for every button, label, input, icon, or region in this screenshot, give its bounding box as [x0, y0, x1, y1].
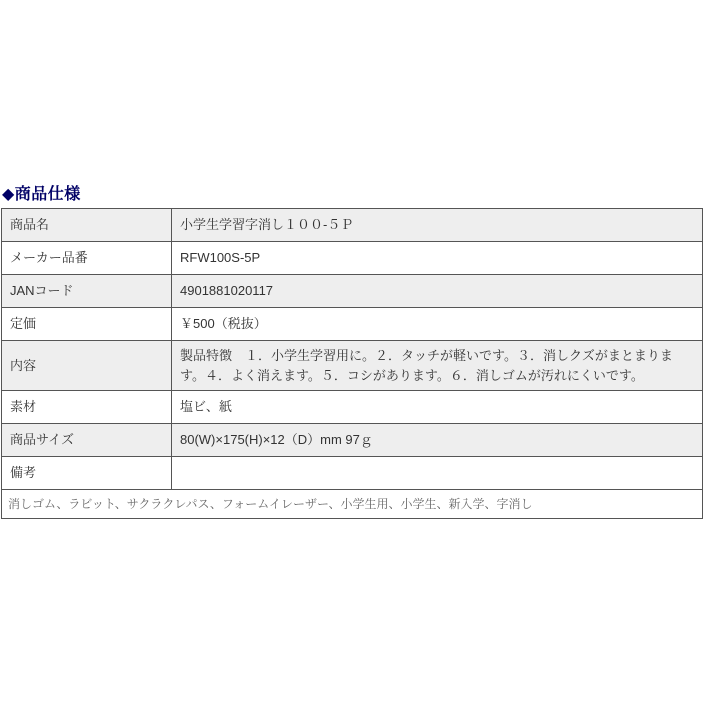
spec-table-body: 商品名小学生学習字消し１００-５Ｐメーカー品番RFW100S-5PJANコード4…	[2, 209, 703, 490]
spec-row-value: 小学生学習字消し１００-５Ｐ	[172, 209, 703, 242]
page: ◆商品仕様 商品名小学生学習字消し１００-５Ｐメーカー品番RFW100S-5PJ…	[0, 0, 707, 707]
spec-row: 備考	[2, 457, 703, 490]
spec-row-label: 備考	[2, 457, 172, 490]
keywords-text: 消しゴム、ラビット、サクラクレパス、フォームイレーザー、小学生用、小学生、新入学…	[2, 490, 703, 519]
spec-row: 定価￥500（税抜）	[2, 308, 703, 341]
spec-row: 商品サイズ80(W)×175(H)×12（D）mm 97ｇ	[2, 424, 703, 457]
product-spec-table: 商品名小学生学習字消し１００-５Ｐメーカー品番RFW100S-5PJANコード4…	[1, 208, 703, 519]
spec-row: 素材塩ビ、紙	[2, 391, 703, 424]
keywords-row: 消しゴム、ラビット、サクラクレパス、フォームイレーザー、小学生用、小学生、新入学…	[2, 490, 703, 519]
spec-row-value: ￥500（税抜）	[172, 308, 703, 341]
spec-row: メーカー品番RFW100S-5P	[2, 242, 703, 275]
spec-row-label: 内容	[2, 341, 172, 391]
section-heading: ◆商品仕様	[2, 185, 707, 204]
spec-row-label: JANコード	[2, 275, 172, 308]
spec-row: JANコード4901881020117	[2, 275, 703, 308]
spec-row-label: 商品サイズ	[2, 424, 172, 457]
spec-row-value: 4901881020117	[172, 275, 703, 308]
spec-row: 商品名小学生学習字消し１００-５Ｐ	[2, 209, 703, 242]
spec-row-value: 80(W)×175(H)×12（D）mm 97ｇ	[172, 424, 703, 457]
spec-row-value: 塩ビ、紙	[172, 391, 703, 424]
spec-row-label: 商品名	[2, 209, 172, 242]
spec-row-label: 素材	[2, 391, 172, 424]
spec-row: 内容製品特徴 １．小学生学習用に。２．タッチが軽いです。３．消しクズがまとまりま…	[2, 341, 703, 391]
spec-row-label: 定価	[2, 308, 172, 341]
spec-row-value: 製品特徴 １．小学生学習用に。２．タッチが軽いです。３．消しクズがまとまります。…	[172, 341, 703, 391]
spec-row-label: メーカー品番	[2, 242, 172, 275]
spec-row-value: RFW100S-5P	[172, 242, 703, 275]
spec-row-value	[172, 457, 703, 490]
